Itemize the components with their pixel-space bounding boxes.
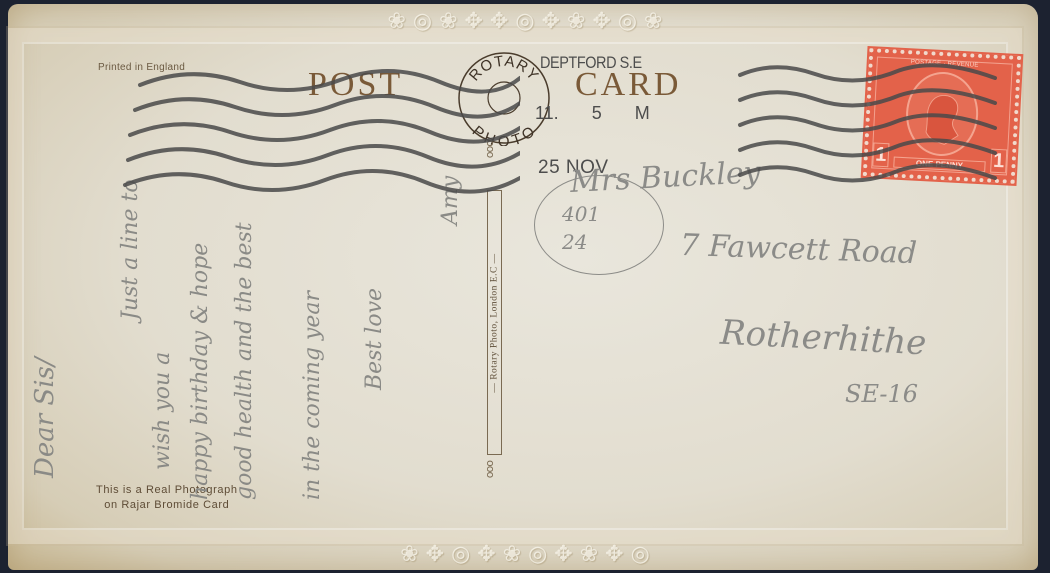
message-line: good health and the best [232,222,257,500]
message-line: Best love [362,288,387,390]
svg-text:ROTARY: ROTARY [466,53,542,85]
photo-note-line1: This is a Real Photograph [96,483,238,498]
emboss-pattern-bottom: ❀ ✥ ◎ ✥ ❀ ◎ ✥ ❀ ✥ ◎ [40,539,1010,569]
postmark-office: DEPTFORD S.E [540,53,642,73]
message-line: happy birthday & hope [188,243,213,500]
stamp-value-left: 1 [872,142,889,167]
printed-in-label: Printed in England [98,62,185,73]
rotary-photo-logo-icon: ROTARY PHOTO [456,50,552,146]
message-line: Dear Sis/ [30,357,60,478]
circle-note: 401 24 [562,200,600,256]
svg-text:PHOTO: PHOTO [469,123,539,146]
message-line: Just a line to [118,179,143,320]
postage-stamp: POSTAGE · REVENUE 1 ONE PENNY 1 [863,48,1021,184]
king-portrait-icon [904,70,980,158]
divider-dots-top: ooo [484,140,497,157]
message-line: Amy [438,176,463,225]
photo-note-line2: on Rajar Bromide Card [96,498,238,513]
stamp-value-right: 1 [990,149,1007,174]
photo-note: This is a Real Photograph on Rajar Bromi… [96,483,238,513]
emboss-pattern-top: ❀ ◎ ❀ ✥ ✥ ◎ ✥ ❀ ✥ ◎ ❀ [40,6,1010,36]
message-line: wish you a [150,352,175,470]
publisher-imprint: — Rotary Photo, London E.C — [490,253,500,392]
message-line: in the coming year [300,291,325,500]
postmark-time: 11. 5 M [535,103,650,124]
recipient-postcode: SE-16 [845,380,918,408]
post-heading: POST [308,66,403,104]
divider-dots-bottom: ooo [484,460,497,477]
